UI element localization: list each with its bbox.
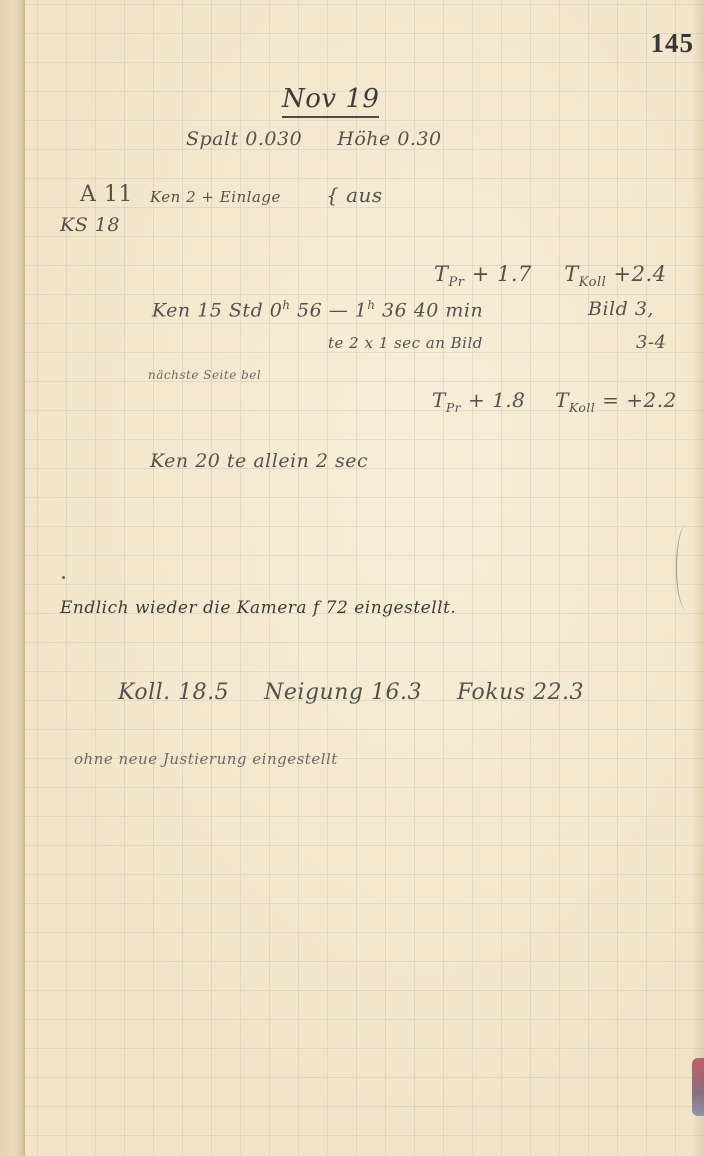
fokus-label: Fokus xyxy=(457,680,526,705)
t-koll-value-2: = +2.2 xyxy=(602,388,677,412)
ken15-bild-range: 3-4 xyxy=(636,332,667,353)
ken15-line: Ken 15 Std 0h 56 — 1h 36 40 min xyxy=(152,298,483,321)
date-text: Nov 19 xyxy=(282,84,379,114)
paper-crease-mark xyxy=(676,525,697,610)
neigung-value: 16.3 xyxy=(371,680,422,705)
plate-label-a11: A 11 xyxy=(80,182,133,207)
spalt-label: Spalt xyxy=(186,128,239,150)
hoehe-value: 0.30 xyxy=(397,128,441,150)
fokus-value: 22.3 xyxy=(533,680,584,705)
ken15-duration: 36 40 min xyxy=(382,299,483,321)
neigung-label: Neigung xyxy=(264,680,363,705)
camera-adjusted-note: Endlich wieder die Kamera f 72 eingestel… xyxy=(60,598,456,618)
t-prism-label: T xyxy=(434,262,449,286)
instrument-readings: Koll. 18.5 Neigung 16.3 Fokus 22.3 xyxy=(118,680,584,705)
entry-date: Nov 19 xyxy=(282,84,379,118)
t-prism-sub-2: Pr xyxy=(446,400,461,415)
t-prism-value: + 1.7 xyxy=(472,262,532,286)
t-prism-sub: Pr xyxy=(449,275,465,290)
t-koll-sub-2: Koll xyxy=(569,400,595,415)
koll-value: 18.5 xyxy=(178,680,229,705)
temperature-line-2: TPr + 1.8 TKoll = +2.2 xyxy=(432,388,677,415)
ken15-start-hour-sup: h xyxy=(282,298,290,312)
ken15-text: Ken 15 Std 0 xyxy=(152,299,282,321)
ken15-exposure-note: te 2 x 1 sec an Bild xyxy=(328,334,483,352)
final-note: ohne neue Justierung eingestellt xyxy=(74,750,338,768)
koll-label: Koll. xyxy=(118,680,171,705)
page-number: 145 xyxy=(651,28,695,59)
t-koll-sub: Koll xyxy=(579,275,607,290)
binding-thread-stain xyxy=(692,1058,704,1116)
ken15-bild-note: Bild 3, xyxy=(588,298,654,320)
entry-a11-brace-note: { aus xyxy=(326,183,383,207)
notebook-page: 145 Nov 19 Spalt 0.030 Höhe 0.30 A 11 KS… xyxy=(0,0,704,1156)
hoehe-label: Höhe xyxy=(337,128,391,150)
entry-a11-text: Ken 2 + Einlage xyxy=(150,188,281,206)
small-note: nächste Seite bel xyxy=(148,368,261,382)
temperature-line-1: TPr + 1.7 TKoll +2.4 xyxy=(434,262,666,290)
slit-settings-line: Spalt 0.030 Höhe 0.30 xyxy=(186,128,442,150)
ken20-line: Ken 20 te allein 2 sec xyxy=(150,450,368,472)
spalt-value: 0.030 xyxy=(245,128,302,150)
ken15-end-hour-sup: h xyxy=(367,298,375,312)
ink-dot xyxy=(62,576,65,579)
t-koll-label: T xyxy=(564,262,579,286)
t-prism-value-2: + 1.8 xyxy=(468,388,525,412)
ken15-time-range: 56 — 1 xyxy=(297,299,367,321)
t-prism-label-2: T xyxy=(432,388,446,412)
t-koll-value: +2.4 xyxy=(613,262,666,286)
t-koll-label-2: T xyxy=(555,388,569,412)
page-binding-edge xyxy=(0,0,25,1156)
plate-label-ks18: KS 18 xyxy=(60,214,120,236)
